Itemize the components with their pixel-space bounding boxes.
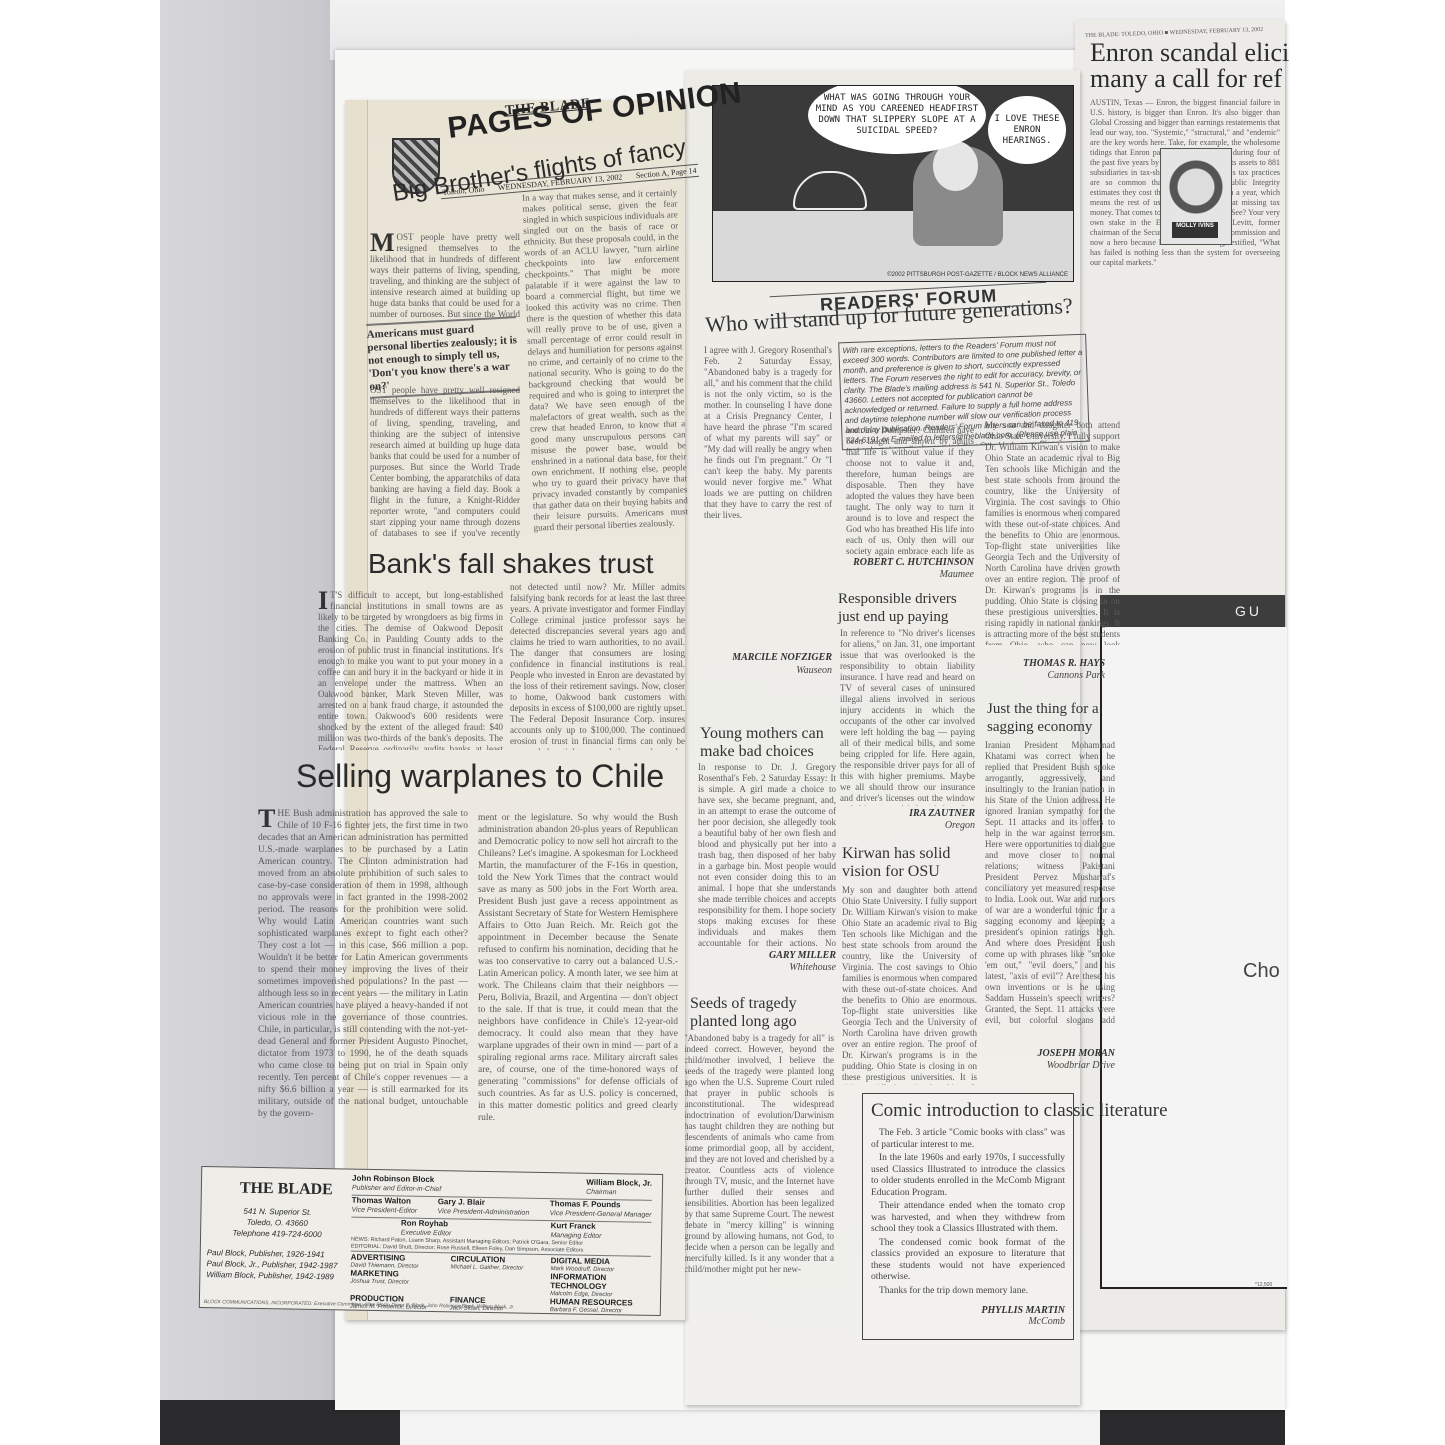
letter-body-continued: My son and daughter both attend Ohio Sta… bbox=[985, 420, 1120, 645]
letter-headline: Seeds of tragedy planted long ago bbox=[690, 995, 840, 1031]
drop-cap: T bbox=[258, 808, 275, 830]
editorial-cartoon: WHAT WAS GOING THROUGH YOUR MIND AS YOU … bbox=[712, 85, 1074, 282]
paragraph: The condensed comic book format of the c… bbox=[871, 1238, 1065, 1284]
editorial-headline: Bank's fall shakes trust bbox=[368, 548, 653, 580]
letter-location: Wauseon bbox=[704, 665, 832, 676]
letter-author: ROBERT C. HUTCHINSON bbox=[846, 557, 974, 568]
staff-title: Chairman bbox=[586, 1189, 616, 1197]
letter-body: In reference to "No driver's licenses fo… bbox=[840, 628, 975, 806]
paragraph: Thanks for the trip down memory lane. bbox=[871, 1286, 1065, 1298]
staff-entry: Ron RoyhabExecutive Editor bbox=[401, 1218, 452, 1238]
department: HUMAN RESOURCESBarbara F. Gessel, Direct… bbox=[550, 1298, 650, 1316]
cartoon-desk bbox=[713, 211, 1073, 281]
drop-cap: I bbox=[318, 590, 328, 612]
background-left bbox=[0, 0, 160, 1445]
letter-location: Cannons Park bbox=[985, 670, 1105, 681]
letter-author: MARCILE NOFZIGER bbox=[704, 652, 832, 663]
letter-body: born in a Dumpster? Children have been t… bbox=[846, 425, 974, 560]
staff-name: Ron Royhab bbox=[401, 1218, 448, 1228]
staff-name: Thomas F. Pounds bbox=[550, 1199, 621, 1209]
background-right bbox=[1285, 0, 1445, 1445]
staff-entry: Thomas WaltonVice President-Editor bbox=[351, 1196, 417, 1216]
letter-author: GARY MILLER bbox=[698, 950, 836, 961]
letter-body: The Feb. 3 article "Comic books with cla… bbox=[871, 1128, 1065, 1297]
ad-panel bbox=[1100, 627, 1287, 1289]
department-name: CIRCULATION bbox=[451, 1254, 506, 1264]
ad-text: Cho bbox=[1243, 960, 1280, 983]
department: MARKETINGJoshua Trust, Director bbox=[350, 1270, 450, 1297]
staff-title: Vice President-Administration bbox=[437, 1208, 529, 1217]
address-line: 541 N. Superior St. bbox=[227, 1205, 327, 1218]
letter-author: JOSEPH MORAN bbox=[985, 1048, 1115, 1059]
editorial-body: In a way that makes sense, and it certai… bbox=[522, 187, 689, 542]
staff-name: John Robinson Block bbox=[352, 1174, 434, 1184]
department-name: HUMAN RESOURCES bbox=[550, 1297, 633, 1307]
department-name: DIGITAL MEDIA bbox=[551, 1256, 610, 1266]
ad-banner: GU bbox=[1100, 595, 1285, 627]
editorial-body: MOST people have pretty well resigned th… bbox=[370, 232, 520, 317]
letter-headline: Responsible drivers just end up paying bbox=[838, 590, 978, 626]
letter-author: PHYLLIS MARTIN bbox=[871, 1305, 1065, 1316]
staff-title: Vice President-Editor bbox=[351, 1207, 417, 1215]
letter-headline: Just the thing for a sagging economy bbox=[987, 700, 1127, 736]
address-line: Telephone 419-724-6000 bbox=[227, 1227, 327, 1240]
department-head: Michael L. Gaither, Director bbox=[450, 1264, 523, 1271]
ad-footnote: *12,500 bbox=[1255, 1282, 1272, 1288]
publisher-history: Paul Block, Publisher, 1926-1941 Paul Bl… bbox=[206, 1247, 337, 1282]
cartoon-credit: ©2002 PITTSBURGH POST-GAZETTE / BLOCK NE… bbox=[887, 272, 1068, 278]
department-name: ADVERTISING bbox=[351, 1253, 406, 1263]
staff-row: Thomas WaltonVice President-Editor Gary … bbox=[351, 1195, 651, 1220]
letter-location: Woodbriar Drive bbox=[985, 1060, 1115, 1071]
editorial-body: IT'S difficult to accept, but long-estab… bbox=[318, 590, 503, 750]
editorial-text: T'S difficult to accept, but long-establ… bbox=[318, 590, 503, 750]
letter-body: In response to Dr. J. Gregory Rosenthal'… bbox=[698, 762, 836, 948]
staff-name: William Block, Jr. bbox=[586, 1178, 652, 1188]
department: CIRCULATIONMichael L. Gaither, Director bbox=[450, 1255, 550, 1273]
staff-listing: John Robinson BlockPublisher and Editor-… bbox=[350, 1174, 652, 1316]
headline-line-2: many a call for ref bbox=[1090, 66, 1289, 92]
speech-bubble-answer: I LOVE THESE ENRON HEARINGS. bbox=[988, 96, 1066, 164]
department-name: MARKETING bbox=[350, 1269, 399, 1279]
department-name: INFORMATION TECHNOLOGY bbox=[550, 1272, 607, 1291]
staff-name: Kurt Franck bbox=[551, 1221, 596, 1231]
headline-line-1: Enron scandal elici bbox=[1090, 40, 1289, 66]
paragraph: Their attendance ended when the tomato c… bbox=[871, 1201, 1065, 1236]
staff-title: Publisher and Editor-in-Chief bbox=[352, 1185, 441, 1194]
staff-title: Managing Editor bbox=[550, 1232, 601, 1240]
paragraph: In the late 1960s and early 1970s, I suc… bbox=[871, 1153, 1065, 1199]
staff-name: Gary J. Blair bbox=[438, 1197, 485, 1207]
letter-location: Oregon bbox=[840, 820, 975, 831]
masthead-name: THE BLADE bbox=[240, 1180, 333, 1200]
staff-entry: William Block, Jr.Chairman bbox=[586, 1178, 652, 1198]
staff-name: Thomas Walton bbox=[352, 1196, 411, 1206]
staff-entry: Kurt FranckManaging Editor bbox=[550, 1221, 601, 1241]
editorial-body: THE Bush administration has approved the… bbox=[258, 808, 468, 1163]
department bbox=[450, 1271, 550, 1298]
editorial-headline: Selling warplanes to Chile bbox=[296, 758, 664, 795]
department-head: Barbara F. Gessel, Director bbox=[550, 1307, 622, 1314]
letter-headline: Young mothers can make bad choices bbox=[700, 725, 840, 761]
drop-cap: M bbox=[370, 232, 395, 254]
staff-title: Vice President-General Manager bbox=[550, 1210, 652, 1219]
donut-dish-icon bbox=[793, 171, 867, 210]
letter-author: THOMAS R. HAYS bbox=[985, 658, 1105, 669]
department-head: Joshua Trust, Director bbox=[350, 1279, 409, 1286]
columnist-name: MOLLY IVINS bbox=[1172, 222, 1218, 238]
letter-body: I agree with J. Gregory Rosenthal's Feb.… bbox=[704, 345, 832, 650]
publisher-line: William Block, Publisher, 1942-1989 bbox=[206, 1269, 337, 1282]
letter-headline: Comic introduction to classic literature bbox=[871, 1100, 1065, 1122]
editorial-text: HE Bush administration has approved the … bbox=[258, 809, 468, 1119]
letter-location: Maumee bbox=[846, 569, 974, 580]
right-page-headline: Enron scandal elici many a call for ref bbox=[1090, 40, 1289, 92]
staff-entry: Thomas F. PoundsVice President-General M… bbox=[550, 1199, 652, 1220]
department: INFORMATION TECHNOLOGYMalcolm Edge, Dire… bbox=[550, 1273, 650, 1300]
staff-row: John Robinson BlockPublisher and Editor-… bbox=[352, 1174, 652, 1198]
letter-body: "Abandoned baby is a tragedy for all" is… bbox=[684, 1033, 834, 1333]
editorial-body: ment or the legislature. So why would th… bbox=[478, 812, 678, 1162]
staff-title: Executive Editor bbox=[401, 1229, 452, 1237]
paragraph: The Feb. 3 article "Comic books with cla… bbox=[871, 1128, 1065, 1151]
letter-body: Iranian President Mohammad Khatami was c… bbox=[985, 740, 1115, 1025]
staff-entry: John Robinson BlockPublisher and Editor-… bbox=[352, 1174, 442, 1195]
editorial-body: not detected until now? Mr. Miller admit… bbox=[510, 582, 685, 750]
masthead-box: THE BLADE 541 N. Superior St. Toledo, O.… bbox=[199, 1166, 663, 1316]
letter-location: McComb bbox=[871, 1316, 1065, 1327]
editorial-body: OST people have pretty well resigned the… bbox=[370, 385, 520, 540]
staff-entry: Gary J. BlairVice President-Administrati… bbox=[437, 1197, 529, 1218]
letter-author: IRA ZAUTNER bbox=[840, 808, 975, 819]
letter-location: Whitehouse bbox=[698, 962, 836, 973]
boxed-letter: Comic introduction to classic literature… bbox=[862, 1093, 1074, 1340]
masthead-address: 541 N. Superior St. Toledo, O. 43660 Tel… bbox=[227, 1205, 328, 1240]
letter-headline: Kirwan has solid vision for OSU bbox=[842, 845, 982, 881]
letter-body: My son and daughter both attend Ohio Sta… bbox=[842, 885, 977, 1085]
